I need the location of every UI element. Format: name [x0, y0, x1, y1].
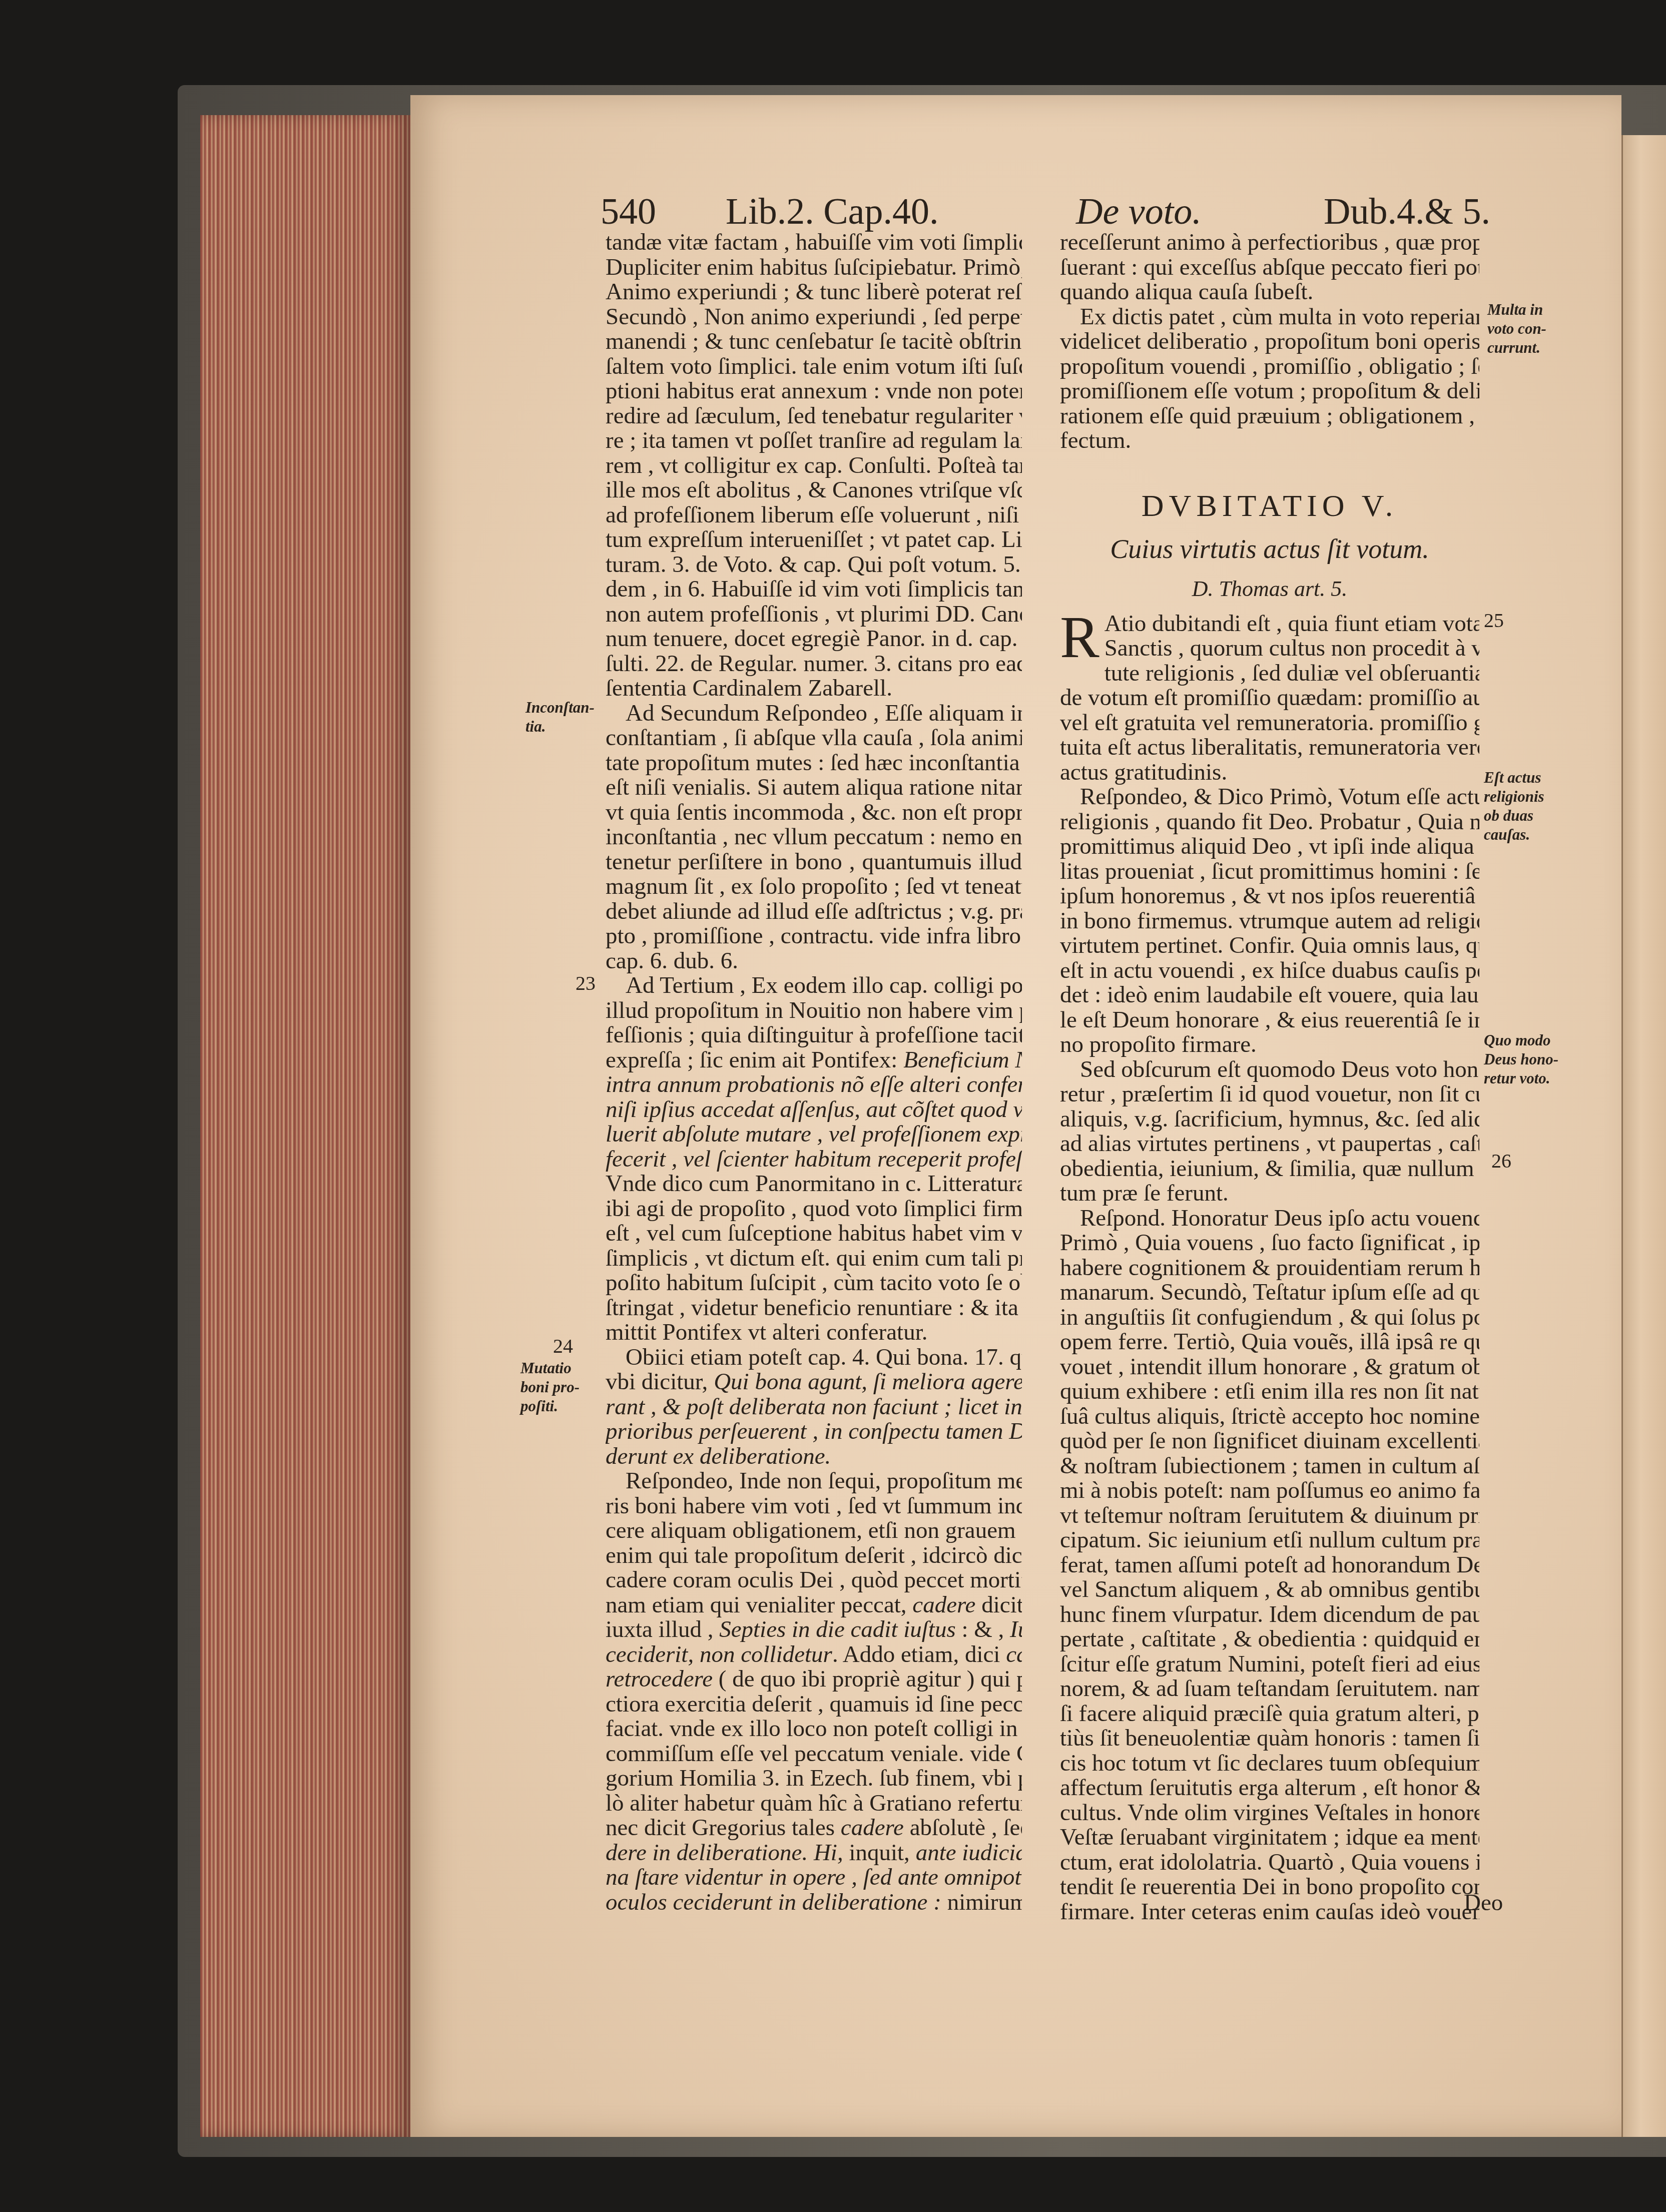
text-line: magnum ſit , ex ſolo propoſito ; ſed vt … — [606, 874, 1022, 899]
section-title: Cuius virtutis actus ſit votum. — [1060, 531, 1479, 567]
margin-note-mutatio: Mutatio boni pro- poſiti. — [520, 1359, 580, 1416]
text-line: ſi facere aliquid præciſè quia gratum al… — [1060, 1702, 1479, 1727]
text-line: rem , vt colligitur ex cap. Conſulti. Po… — [606, 453, 1022, 478]
paragraph-ad-secundum: Ad Secundum Reſpondeo , Eſſe aliquam in-… — [606, 701, 1022, 974]
text-line: lò aliter habetur quàm hîc à Gratiano re… — [606, 1791, 1022, 1816]
paragraph-respond: Reſpond. Honoratur Deus ipſo actu vouend… — [1060, 1206, 1479, 1925]
quotation: Beneficium Nouitij — [903, 1048, 1022, 1073]
text-line: religionis , quando fit Deo. Probatur , … — [1060, 810, 1479, 835]
text-line: non autem profeſſionis , vt plurimi DD. … — [606, 602, 1022, 627]
text-line: commiſſum eſſe vel peccatum veniale. vid… — [606, 1742, 1022, 1767]
text-line: Obiici etiam poteſt cap. 4. Qui bona. 17… — [606, 1345, 1022, 1370]
text-line: Reſpond. Honoratur Deus ipſo actu vouend… — [1060, 1206, 1479, 1231]
text-line: hunc finem vſurpatur. Idem dicendum de p… — [1060, 1602, 1479, 1627]
right-text-column: receſſerunt animo à perfectioribus , quæ… — [1060, 230, 1479, 1924]
text-line: le eſt Deum honorare , & eius reuerentiâ… — [1060, 1008, 1479, 1033]
text-line: cere aliquam obligationem, etſi non grau… — [606, 1518, 1022, 1543]
text-line: feſſionis ; quia diſtinguitur à profeſſi… — [606, 1023, 1022, 1048]
text-line: Secundò , Non animo experiundi , ſed per… — [606, 305, 1022, 330]
text-line: ſaltem voto ſimplici. tale enim votum iſ… — [606, 354, 1022, 379]
margin-number-23: 23 — [576, 973, 596, 993]
facing-page-edge — [1621, 135, 1666, 2137]
text-line: tum præ ſe ferunt. — [1060, 1181, 1479, 1206]
margin-number-26: 26 — [1491, 1151, 1511, 1171]
text-line: norem, & ad ſuam teſtandam ſeruitutem. n… — [1060, 1677, 1479, 1702]
margin-note-est-actus: Eſt actus religionis ob duas cauſas. — [1484, 768, 1544, 844]
text-line: obedientia, ieiunium, & ſimilia, quæ nul… — [1060, 1157, 1479, 1182]
drop-cap: R — [1060, 615, 1099, 663]
book-chapter-label: Lib.2. Cap.40. — [726, 189, 938, 234]
text-line: fectum. — [1060, 428, 1479, 453]
text-line: pertate , caſtitate , & obedientia : qui… — [1060, 1627, 1479, 1652]
text-line: retrocedere ( de quo ibi propriè agitur … — [606, 1667, 1022, 1692]
paragraph-ratio: R Atio dubitandi eſt , quia fiunt etiam … — [1060, 612, 1479, 785]
paragraph-respondeo: Reſpondeo, & Dico Primò, Votum eſſe actu… — [1060, 785, 1479, 1057]
text-line: vt teſtemur noſtram ſeruitutem & diuinum… — [1060, 1503, 1479, 1528]
text-line: expreſſa ; ſic enim ait Pontifex: Benefi… — [606, 1048, 1022, 1073]
quotation-line: rant , & poſt deliberata non faciunt ; l… — [606, 1395, 1022, 1420]
section-reference: D. Thomas art. 5. — [1060, 567, 1479, 612]
text-line: cadere coram oculis Dei , quòd peccet mo… — [606, 1568, 1022, 1593]
text-line: ſuerant : qui exceſſus abſque peccato fi… — [1060, 255, 1479, 280]
text-line: det : ideò enim laudabile eſt vouere, qu… — [1060, 983, 1479, 1008]
quotation-line: prioribus perſeuerent , in conſpectu tam… — [606, 1419, 1022, 1444]
text-line: Vnde dico cum Panormitano in c. Litterat… — [606, 1172, 1022, 1197]
text-line: Sed obſcurum eſt quomodo Deus voto hono- — [1060, 1057, 1479, 1082]
text-line: dere in deliberatione. Hi, inquit, ante … — [606, 1841, 1022, 1866]
text-line: ille mos eſt abolitus , & Canones vtriſq… — [606, 478, 1022, 503]
paragraph-sed-obscurum: Sed obſcurum eſt quomodo Deus voto hono-… — [1060, 1057, 1479, 1206]
quotation-line: fecerit , vel ſcienter habitum receperit… — [606, 1147, 1022, 1172]
text-line: eſt niſi venialis. Si autem aliqua ratio… — [606, 775, 1022, 800]
quotation-line: derunt ex deliberatione. — [606, 1444, 1022, 1469]
text-line: videlicet deliberatio , propoſitum boni … — [1060, 329, 1479, 354]
text-line: cap. 6. dub. 6. — [606, 949, 1022, 974]
text-line: Veſtæ ſeruabant virginitatem ; idque ea … — [1060, 1825, 1479, 1850]
text-line: tute religionis , ſed duliæ vel obſeruan… — [1104, 661, 1479, 686]
text-line: eſt , vel cum ſuſceptione habitus habet … — [606, 1221, 1022, 1246]
text-line: ris boni habere vim voti , ſed vt ſummum… — [606, 1494, 1022, 1519]
margin-note-inconstantia: Inconſtan- tia. — [525, 698, 595, 736]
text-line: dem , in 6. Habuiſſe id vim voti ſimplic… — [606, 577, 1022, 602]
text-line: Reſpondeo, Inde non ſequi, propoſitum me… — [606, 1469, 1022, 1494]
text-line: Dupliciter enim habitus ſuſcipiebatur. P… — [606, 255, 1022, 280]
quotation-line: niſi ipſius accedat aſſenſus, aut cõſtet… — [606, 1097, 1022, 1123]
text-line: opem ferre. Tertiò, Quia vouẽs, illâ ips… — [1060, 1330, 1479, 1355]
text-line: ctiora exercitia deſerit , quamuis id ſi… — [606, 1692, 1022, 1717]
text-line: no propoſito firmare. — [1060, 1032, 1479, 1057]
text-line: cipatum. Sic ieiunium etſi nullum cultum… — [1060, 1528, 1479, 1553]
text-line: mi à nobis poteſt: nam poſſumus eo animo… — [1060, 1478, 1479, 1503]
text-line: manarum. Secundò, Teſtatur ipſum eſſe ad… — [1060, 1280, 1479, 1305]
text-line: manendi ; & tunc cenſebatur ſe tacitè ob… — [606, 329, 1022, 354]
text-line: ibi agi de propoſito , quod voto ſimplic… — [606, 1197, 1022, 1222]
text-line: vouet , intendit illum honorare , & grat… — [1060, 1355, 1479, 1380]
text-line: Primò , Quia vouens , ſuo facto ſignific… — [1060, 1231, 1479, 1256]
text-line: affectum ſeruitutis erga alterum , eſt h… — [1060, 1776, 1479, 1801]
text-line: Sanctis , quorum cultus non procedit à v… — [1104, 636, 1479, 661]
text-line: vbi dicitur, Qui bona agunt, ſi meliora … — [606, 1370, 1022, 1395]
text-line: Animo experiundi ; & tunc liberè poterat… — [606, 280, 1022, 305]
margin-number-25: 25 — [1484, 611, 1504, 631]
text-line: ipſum honoremus , & vt nos ipſos reueren… — [1060, 884, 1479, 909]
text-line: promiſſionem eſſe votum ; propoſitum & d… — [1060, 379, 1479, 404]
paragraph-respondeo-inde: Reſpondeo, Inde non ſequi, propoſitum me… — [606, 1469, 1022, 1915]
left-text-column: tandæ vitæ factam , habuiſſe vim voti ſi… — [606, 230, 1022, 1915]
text-line: in bono firmemus. vtrumque autem ad reli… — [1060, 909, 1479, 934]
text-line: ferat, tamen aſſumi poteſt ad honorandum… — [1060, 1553, 1479, 1578]
paragraph-continuation: tandæ vitæ factam , habuiſſe vim voti ſi… — [606, 230, 1022, 701]
text-line: vel Sanctum aliquem , & ab omnibus genti… — [1060, 1577, 1479, 1602]
text-line: ſententia Cardinalem Zabarell. — [606, 676, 1022, 701]
text-line: re ; ita tamen vt poſſet tranſire ad reg… — [606, 428, 1022, 453]
text-line: vel eſt gratuita vel remuneratoria. prom… — [1060, 711, 1479, 736]
paragraph-ex-dictis: Ex dictis patet , cùm multa in voto repe… — [1060, 305, 1479, 453]
text-line: quando aliqua cauſa ſubeſt. — [1060, 280, 1479, 305]
text-line: vt quia ſentis incommoda , &c. non eſt p… — [606, 800, 1022, 825]
text-line: iuxta illud , Septies in die cadit iuſtu… — [606, 1617, 1022, 1642]
text-line: conſtantiam , ſi abſque vlla cauſa , ſol… — [606, 726, 1022, 751]
text-line: Ex dictis patet , cùm multa in voto repe… — [1060, 305, 1479, 330]
text-line: redire ad ſæculum, ſed tenebatur regular… — [606, 404, 1022, 429]
text-line: propoſitum vouendi , promiſſio , obligat… — [1060, 354, 1479, 379]
text-line: Ad Tertium , Ex eodem illo cap. colligi … — [606, 973, 1022, 998]
text-line: ſulti. 22. de Regular. numer. 3. citans … — [606, 652, 1022, 677]
page-number: 540 — [601, 189, 656, 234]
text-line: actus gratitudinis. — [1060, 760, 1479, 785]
text-line: virtutem pertinet. Confir. Quia omnis la… — [1060, 933, 1479, 958]
text-line: nec dicit Gregorius tales cadere abſolut… — [606, 1816, 1022, 1841]
text-line: tiùs ſit beneuolentiæ quàm honoris : tam… — [1060, 1726, 1479, 1751]
text-line: illud propoſitum in Nouitio non habere v… — [606, 998, 1022, 1023]
text-line: Ad Secundum Reſpondeo , Eſſe aliquam in- — [606, 701, 1022, 726]
text-line: cultus. Vnde olim virgines Veſtales in h… — [1060, 1801, 1479, 1826]
text-line: ad alias virtutes pertinens , vt paupert… — [1060, 1132, 1479, 1157]
quotation-line: luerit abſolute mutare , vel profeſſione… — [606, 1122, 1022, 1147]
dubitatio-range-label: Dub.4.& 5. — [1324, 189, 1490, 234]
text-line: enim qui tale propoſitum deſerit , idcir… — [606, 1543, 1022, 1568]
text-line: cis hoc totum vt ſic declares tuum obſeq… — [1060, 1751, 1479, 1776]
text-line: ſimplicis , vt dictum eſt. qui enim cum … — [606, 1246, 1022, 1271]
text-line: promittimus aliquid Deo , vt ipſi inde a… — [1060, 834, 1479, 859]
text-line: quòd per ſe non ſignificet diuinam excel… — [1060, 1429, 1479, 1454]
text-line: ſcitur eſſe gratum Numini, poteſt fieri … — [1060, 1652, 1479, 1677]
text-line: tuita eſt actus liberalitatis, remunerat… — [1060, 735, 1479, 760]
text-line: turam. 3. de Voto. & cap. Qui poſt votum… — [606, 552, 1022, 578]
text-line: receſſerunt animo à perfectioribus , quæ… — [1060, 230, 1479, 255]
text-line: nam etiam qui venialiter peccat, cadere … — [606, 1593, 1022, 1618]
text-line: Reſpondeo, & Dico Primò, Votum eſſe actu… — [1060, 785, 1479, 810]
text-line: tum expreſſum interueniſſet ; vt patet c… — [606, 527, 1022, 552]
text-line: aliquis, v.g. ſacrificium, hymnus, &c. ſ… — [1060, 1107, 1479, 1132]
text-line: eſt in actu vouendi , ex hiſce duabus ca… — [1060, 958, 1479, 983]
text-line: ſuâ cultus aliquis, ſtrictè accepto hoc … — [1060, 1404, 1479, 1429]
text-line: ctum, erat idololatria. Quartò , Quia vo… — [1060, 1850, 1479, 1875]
text-line: debet aliunde ad illud eſſe adſtrictus ;… — [606, 899, 1022, 924]
text-line: faciat. vnde ex illo loco non poteſt col… — [606, 1717, 1022, 1742]
text-line: tenetur perſiſtere in bono , quantumuis … — [606, 850, 1022, 875]
text-line: litas proueniat , ſicut promittimus homi… — [1060, 859, 1479, 884]
margin-note-quo-modo: Quo modo Deus hono- retur voto. — [1484, 1031, 1558, 1088]
quotation-line: intra annum probationis nõ eſſe alteri c… — [606, 1072, 1022, 1097]
text-line: tendit ſe reuerentia Dei in bono propoſi… — [1060, 1875, 1479, 1900]
text-line: ceciderit, non collidetur. Addo etiam, d… — [606, 1642, 1022, 1668]
text-line: tandæ vitæ factam , habuiſſe vim voti ſi… — [606, 230, 1022, 255]
text-line: firmare. Inter ceteras enim cauſas ideò … — [1060, 1900, 1479, 1925]
text-line: Atio dubitandi eſt , quia fiunt etiam vo… — [1104, 612, 1479, 637]
page-edges-fore-edge — [200, 115, 410, 2137]
text-line: habere cognitionem & prouidentiam rerum … — [1060, 1256, 1479, 1281]
text-line: tate propoſitum mutes : ſed hæc inconſta… — [606, 751, 1022, 776]
text-line: mittit Pontifex vt alteri conferatur. — [606, 1320, 1022, 1345]
text-line: de votum eſt promiſſio quædam: promiſſio… — [1060, 686, 1479, 711]
text-line: quium exhibere : etſi enim illa res non … — [1060, 1379, 1479, 1404]
text-line: ad profeſſionem liberum eſſe voluerunt ,… — [606, 503, 1022, 528]
margin-number-24: 24 — [553, 1336, 573, 1356]
text-line: in anguſtiis ſit confugiendum , & qui ſo… — [1060, 1305, 1479, 1330]
quotation-line: na ſtare videntur in opere , ſed ante om… — [606, 1865, 1022, 1890]
text-line: & noſtram ſubiectionem ; tamen in cultum… — [1060, 1454, 1479, 1479]
text-line: retur , præſertim ſi id quod vouetur, no… — [1060, 1082, 1479, 1107]
section-heading: DVBITATIO V. — [1060, 488, 1479, 523]
text-line: ptioni habitus erat annexum : vnde non p… — [606, 379, 1022, 404]
running-header: 540 Lib.2. Cap.40. De voto. Dub.4.& 5. — [601, 189, 1581, 234]
text-line: gorium Homilia 3. in Ezech. ſub finem, v… — [606, 1766, 1022, 1791]
text-line: inconſtantia , nec vllum peccatum : nemo… — [606, 825, 1022, 850]
text-line: rationem eſſe quid præuium ; obligatione… — [1060, 404, 1479, 429]
text-line: ſtringat , videtur beneficio renuntiare … — [606, 1296, 1022, 1321]
paragraph-ad-tertium: Ad Tertium , Ex eodem illo cap. colligi … — [606, 973, 1022, 1345]
text-line: pto , promiſſione , contractu. vide infr… — [606, 924, 1022, 949]
margin-note-multa-in-voto: Multa in voto con- currunt. — [1487, 300, 1546, 357]
paragraph-obiici: Obiici etiam poteſt cap. 4. Qui bona. 17… — [606, 1345, 1022, 1469]
text-line: num tenuere, docet egregiè Panor. in d. … — [606, 627, 1022, 652]
paragraph-continuation: receſſerunt animo à perfectioribus , quæ… — [1060, 230, 1479, 305]
text-line: poſito habitum ſuſcipit , cùm tacito vot… — [606, 1271, 1022, 1296]
catchword: Deo — [1464, 1889, 1503, 1916]
text-line: oculos ceciderunt in deliberatione : nim… — [606, 1890, 1022, 1915]
subject-label: De voto. — [1076, 189, 1202, 234]
